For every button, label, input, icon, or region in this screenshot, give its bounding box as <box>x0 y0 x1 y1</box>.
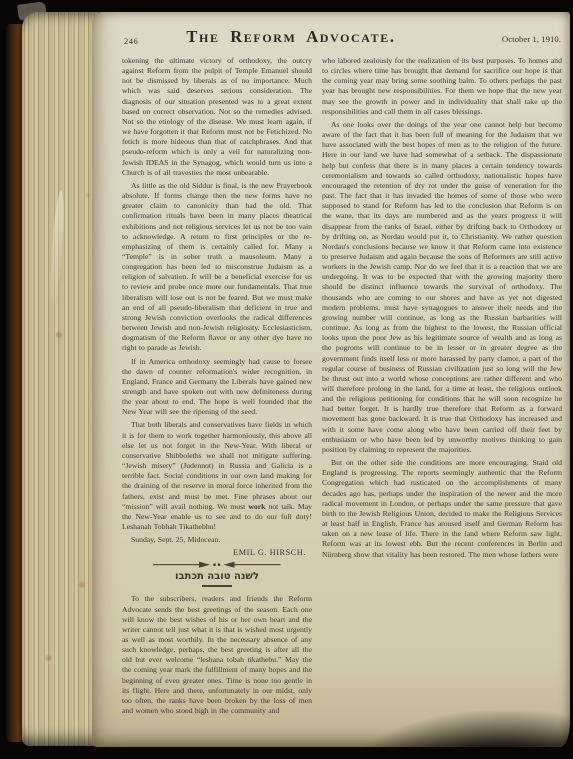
right-column: who labored zealously for the realizatio… <box>322 56 562 719</box>
paragraph: Sunday, Sept. 25, Midocean. <box>122 535 312 545</box>
author-signature: EMIL G. HIRSCH. <box>122 548 306 557</box>
short-rule <box>202 585 232 587</box>
section-divider-ornament <box>122 561 312 569</box>
paragraph: But on the other side the conditions are… <box>322 458 562 560</box>
paragraph: That both liberals and conservatives hav… <box>122 420 312 532</box>
hebrew-greeting: לשנה טובה תכתבו <box>122 571 312 582</box>
left-column-bottom-paragraphs: To the subscribers, readers and friends … <box>122 594 312 716</box>
paragraph: tokening the ultimate victory of orthodo… <box>122 56 312 178</box>
page-header: 246 The Reform Advocate. October 1, 1910… <box>92 25 570 55</box>
left-column-top-paragraphs: tokening the ultimate victory of orthodo… <box>122 56 312 545</box>
paragraph: If in America orthodoxy seemingly had ca… <box>122 357 312 418</box>
magazine-page: 246 The Reform Advocate. October 1, 1910… <box>92 12 570 747</box>
text-columns: tokening the ultimate victory of orthodo… <box>92 55 570 719</box>
issue-date: October 1, 1910. <box>502 34 561 44</box>
book-photo: 246 The Reform Advocate. October 1, 1910… <box>0 0 573 759</box>
left-column: tokening the ultimate victory of orthodo… <box>122 56 312 719</box>
paragraph: who labored zealously for the realizatio… <box>322 56 562 117</box>
paragraph: As little as the old Siddur is final, is… <box>122 181 312 354</box>
right-column-paragraphs: who labored zealously for the realizatio… <box>322 56 562 560</box>
paragraph: To the subscribers, readers and friends … <box>122 594 312 716</box>
paragraph: As one looks over the doings of the year… <box>322 120 562 455</box>
masthead-title: The Reform Advocate. <box>122 27 460 47</box>
